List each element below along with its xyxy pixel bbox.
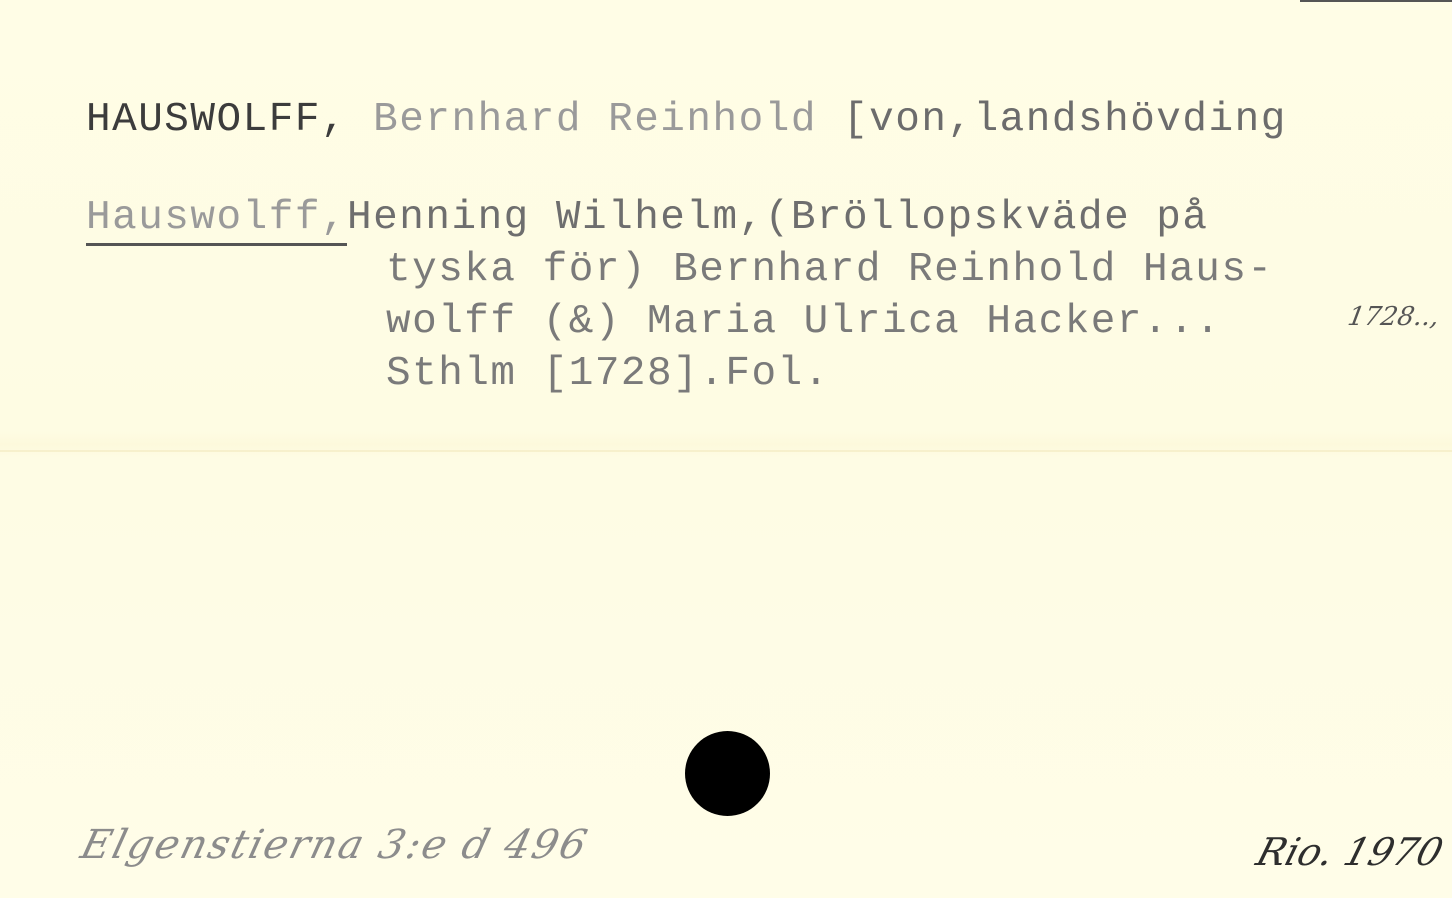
- entry-line-1: Henning Wilhelm,(Bröllopskväde på: [347, 195, 1208, 241]
- heading-given-names: Bernhard Reinhold: [373, 97, 817, 143]
- heading-surname: HAUSWOLFF,: [86, 97, 347, 143]
- punch-hole: [685, 731, 770, 816]
- card-heading: HAUSWOLFF, Bernhard Reinhold [von,landsh…: [86, 94, 1287, 146]
- entry-first-line: Hauswolff,Henning Wilhelm,(Bröllopskväde…: [86, 192, 1208, 244]
- catalog-card: HAUSWOLFF, Bernhard Reinhold [von,landsh…: [0, 0, 1452, 898]
- heading-note: [von,landshövding: [843, 97, 1287, 143]
- handwritten-date: 1728..,: [1345, 302, 1441, 332]
- entry-line-3: wolff (&) Maria Ulrica Hacker...: [386, 296, 1221, 348]
- entry-author: Hauswolff,: [86, 195, 347, 246]
- handwritten-signature: Rio. 1970: [1252, 830, 1448, 874]
- entry-line-2: tyska för) Bernhard Reinhold Haus-: [386, 244, 1274, 296]
- handwritten-reference: Elgenstierna 3:e d 496: [76, 822, 593, 868]
- entry-line-4: Sthlm [1728].Fol.: [386, 348, 830, 400]
- card-edge-shadow: [1300, 0, 1452, 2]
- card-crease: [0, 450, 1452, 452]
